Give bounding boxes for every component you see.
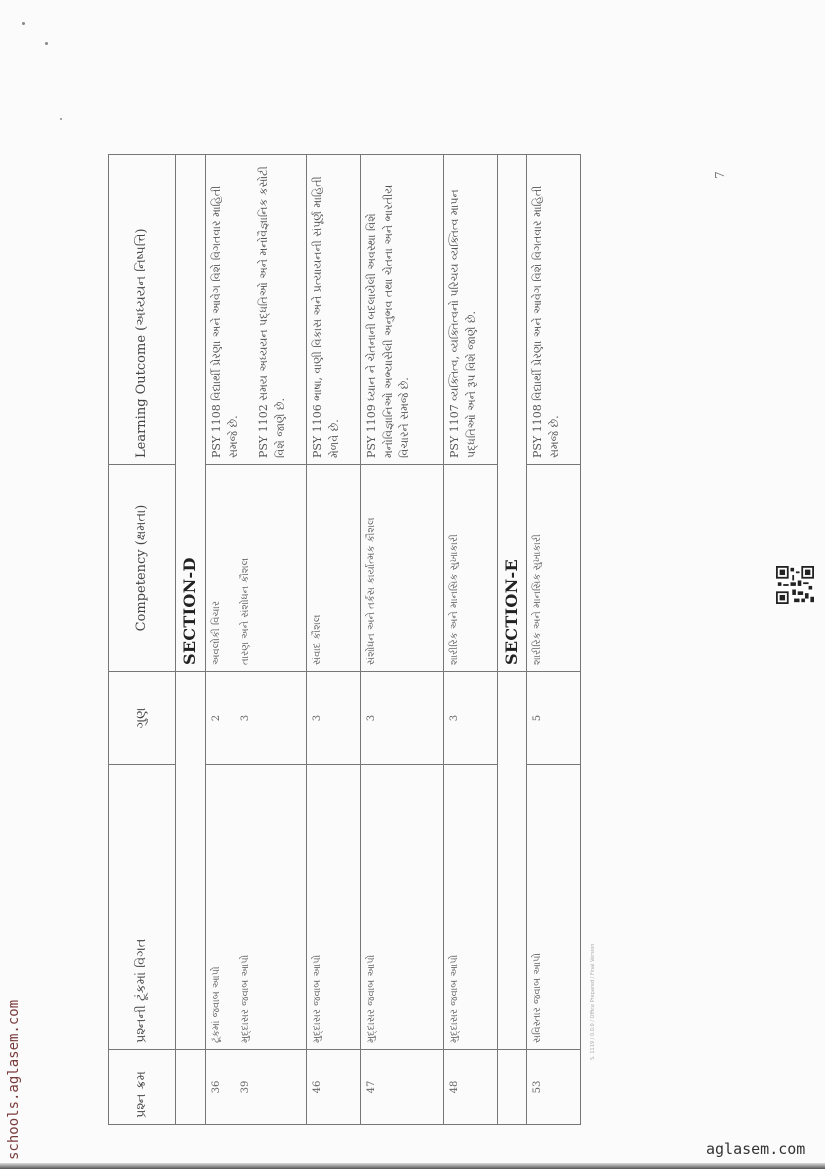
section-label: SECTION-D [176, 155, 206, 672]
marks-cell: 3 [444, 672, 498, 765]
assessment-blueprint-table: પ્રશ્ન ક્રમ પ્રશ્નની ટૂંકમાં વિગત ગુણ Co… [108, 154, 581, 1125]
question-detail-cell: મુદ્દાસર જવાબ આપો [444, 765, 498, 1050]
question-number-cell: 47 [361, 1050, 444, 1125]
scan-speck [45, 42, 48, 45]
table-header-row: પ્રશ્ન ક્રમ પ્રશ્નની ટૂંકમાં વિગત ગુણ Co… [109, 155, 176, 1125]
learning-outcome-cell: PSY 1107 વ્યક્તિત્વ, વ્યક્તિત્વનો પરિચય … [444, 155, 498, 465]
section-spacer [176, 672, 206, 1050]
question-detail-text: મુદ્દાસર જવાબ આપો [238, 771, 253, 1043]
competency-cell: સંવાદ કૌશલ [307, 465, 361, 672]
marks-text: 3 [310, 678, 325, 758]
question-number-cell: 48 [444, 1050, 498, 1125]
competency-cell: શારીરિક અને માનસિક સુખાકારી [527, 465, 581, 672]
learning-outcome-cell: PSY 1108 વિદ્યાર્થી પ્રેરણા અને આવેગ વિશ… [206, 155, 307, 465]
competency-text: સંશોધન અને તર્કસ કાર્યાત્મક કૌશલ [364, 471, 379, 665]
marks-text: 5 [530, 678, 545, 758]
question-number-text: 39 [238, 1056, 253, 1118]
marks-cell: 23 [206, 672, 307, 765]
section-spacer [176, 1050, 206, 1125]
marks-cell: 3 [361, 672, 444, 765]
competency-text: શારીરિક અને માનસિક સુખાકારી [447, 471, 462, 665]
document-footer-text: S. 1119 / 0.0.0 / Office Prepared / Fina… [590, 944, 596, 1060]
question-detail-text: મુદ્દાસર જવાબ આપો [310, 771, 325, 1043]
watermark-left: schools.aglasem.com [6, 1000, 22, 1160]
question-number-text: 48 [447, 1056, 462, 1118]
qr-code-icon [776, 566, 814, 604]
question-detail-text: ટૂંકમાં જવાબ આપો [209, 771, 224, 1043]
table-row: 47મુદ્દાસર જવાબ આપો3સંશોધન અને તર્કસ કાર… [361, 155, 444, 1125]
watermark-bottom: aglasem.com [706, 1140, 805, 1158]
scan-speck [22, 22, 25, 25]
learning-outcome-cell: PSY 1106 ભાષા, વાણી વિકાસ અને પ્રત્યાયનન… [307, 155, 361, 465]
table-row: 48મુદ્દાસર જવાબ આપો3શારીરિક અને માનસિક સ… [444, 155, 498, 1125]
marks-cell: 3 [307, 672, 361, 765]
section-label: SECTION-E [498, 155, 527, 672]
marks-cell: 5 [527, 672, 581, 765]
header-competency: Competency (ક્ષમતા) [109, 465, 176, 672]
learning-outcome-text: PSY 1102 સમય અધ્યયન પદ્ધતિઓ અને મનોવૈજ્ઞ… [256, 161, 289, 458]
learning-outcome-text: PSY 1108 વિદ્યાર્થી પ્રેરણા અને આવેગ વિશ… [209, 161, 242, 458]
question-detail-text: મુદ્દાસર જવાબ આપો [447, 771, 462, 1043]
question-detail-cell: ટૂંકમાં જવાબ આપોમુદ્દાસર જવાબ આપો [206, 765, 307, 1050]
learning-outcome-text: PSY 1109 ધ્યાન ને ચેતનાની બદલાયેલી અવસ્થ… [364, 161, 414, 458]
question-number-text: 36 [209, 1056, 224, 1118]
section-spacer [498, 1050, 527, 1125]
competency-text: સંવાદ કૌશલ [310, 471, 325, 665]
question-number-cell: 46 [307, 1050, 361, 1125]
section-spacer [498, 672, 527, 1050]
table-row: 46મુદ્દાસર જવાબ આપો3સંવાદ કૌશલPSY 1106 ભ… [307, 155, 361, 1125]
question-detail-cell: સવિસ્તાર જવાબ આપો [527, 765, 581, 1050]
learning-outcome-text: PSY 1106 ભાષા, વાણી વિકાસ અને પ્રત્યાયનન… [310, 161, 343, 458]
question-number-text: 46 [310, 1056, 325, 1118]
question-detail-text: મુદ્દાસર જવાબ આપો [364, 771, 379, 1043]
table-row: 53સવિસ્તાર જવાબ આપો5શારીરિક અને માનસિક સ… [527, 155, 581, 1125]
header-question-detail: પ્રશ્નની ટૂંકમાં વિગત [109, 765, 176, 1050]
competency-text: શારીરિક અને માનસિક સુખાકારી [530, 471, 545, 665]
section-header-row: SECTION-E [498, 155, 527, 1125]
section-header-row: SECTION-D [176, 155, 206, 1125]
learning-outcome-text: PSY 1108 વિદ્યાર્થી પ્રેરણા અને આવેગ વિશ… [530, 161, 563, 458]
learning-outcome-cell: PSY 1109 ધ્યાન ને ચેતનાની બદલાયેલી અવસ્થ… [361, 155, 444, 465]
header-learning-outcome: Learning Outcome (અધ્યયન નિષ્પત્તિ) [109, 155, 176, 465]
question-detail-cell: મુદ્દાસર જવાબ આપો [361, 765, 444, 1050]
competency-text: તારણ અને સંશોધન કૌશલ [238, 471, 253, 665]
marks-text: 2 [209, 678, 224, 758]
question-number-text: 53 [530, 1056, 545, 1118]
learning-outcome-cell: PSY 1108 વિદ્યાર્થી પ્રેરણા અને આવેગ વિશ… [527, 155, 581, 465]
assessment-table-container: પ્રશ્ન ક્રમ પ્રશ્નની ટૂંકમાં વિગત ગુણ Co… [108, 155, 530, 1125]
learning-outcome-text: PSY 1107 વ્યક્તિત્વ, વ્યક્તિત્વનો પરિચય … [447, 161, 480, 458]
marks-text: 3 [447, 678, 462, 758]
competency-cell: અવલોકી વિચારતારણ અને સંશોધન કૌશલ [206, 465, 307, 672]
header-marks: ગુણ [109, 672, 176, 765]
marks-text: 3 [238, 678, 253, 758]
question-number-text: 47 [364, 1056, 379, 1118]
table-row: 3639ટૂંકમાં જવાબ આપોમુદ્દાસર જવાબ આપો23અ… [206, 155, 307, 1125]
header-question-number: પ્રશ્ન ક્રમ [109, 1050, 176, 1125]
marks-text: 3 [364, 678, 379, 758]
table-body: SECTION-D3639ટૂંકમાં જવાબ આપોમુદ્દાસર જવ… [176, 155, 581, 1125]
competency-text: અવલોકી વિચાર [209, 471, 224, 665]
page-number: 7 [713, 171, 727, 179]
question-number-cell: 53 [527, 1050, 581, 1125]
competency-cell: શારીરિક અને માનસિક સુખાકારી [444, 465, 498, 672]
question-detail-cell: મુદ્દાસર જવાબ આપો [307, 765, 361, 1050]
question-detail-text: સવિસ્તાર જવાબ આપો [530, 771, 545, 1043]
question-number-cell: 3639 [206, 1050, 307, 1125]
bottom-edge-shadow [0, 1163, 825, 1169]
scan-speck [60, 118, 62, 120]
competency-cell: સંશોધન અને તર્કસ કાર્યાત્મક કૌશલ [361, 465, 444, 672]
